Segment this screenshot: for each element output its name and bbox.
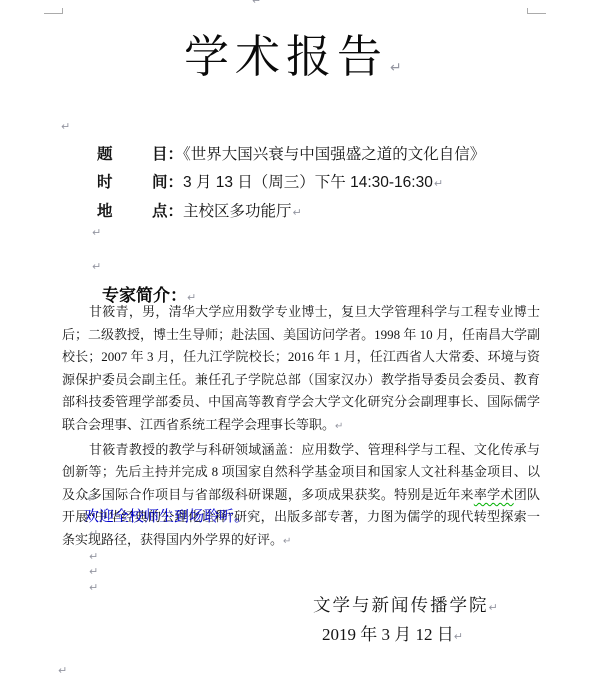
info-value-topic: 《世界大国兴衰与中国强盛之道的文化自信》 [183,146,485,163]
paragraph-mark-icon: ↵ [434,177,443,190]
paragraph-mark-icon: ↵ [89,527,98,540]
paragraph-mark-icon: ↵ [89,565,98,578]
signoff-date-text: 2019 年 3 月 12 日 [322,625,454,644]
document-title: 学术报告↵ [184,30,402,84]
paragraph-mark-icon: ↵ [87,492,96,505]
paragraph-mark-icon: ↵ [92,260,101,273]
paragraph-mark-icon: ↵ [92,226,101,239]
info-label: 时 [97,169,152,197]
info-label: 地 [97,198,152,226]
paragraph-mark-icon: ↵ [89,581,98,594]
paragraph-mark-icon: ↵ [293,206,302,219]
bio-paragraph-2: 甘筱青教授的教学与科研领域涵盖：应用数学、管理科学与工程、文化传承与创新等；先后… [62,439,540,554]
info-label: 目： [152,146,183,163]
info-row-time: 时间：3 月 13 日（周三）下午 14:30-16:30↵ [97,169,485,197]
signoff-department-text: 文学与新闻传播学院 [313,595,489,615]
grammar-checked-phrase: 率学术 [474,487,514,502]
signoff-date: 2019 年 3 月 12 日↵ [322,620,463,645]
word-document-page: ↵ 学术报告↵ ↵ 题目：《世界大国兴衰与中国强盛之道的文化自信》 时间：3 月… [0,0,598,676]
paragraph-mark-icon: ↵ [252,0,261,7]
paragraph-mark-icon: ↵ [283,536,291,547]
welcome-line-text: 欢迎全校师生到场聆听。 [84,508,249,525]
info-label: 点： [152,203,183,220]
info-row-topic: 题目：《世界大国兴衰与中国强盛之道的文化自信》 [97,141,485,169]
bio-paragraph-1-text: 甘筱青，男，清华大学应用数学专业博士，复旦大学管理科学与工程专业博士后；二级教授… [62,304,540,432]
paragraph-mark-icon: ↵ [335,421,343,432]
paragraph-mark-icon: ↵ [489,601,498,614]
paragraph-mark-icon: ↵ [58,664,67,676]
welcome-line: 欢迎全校师生到场聆听。↵ [84,505,258,526]
paragraph-mark-icon: ↵ [390,60,402,76]
info-label: 间： [152,174,183,191]
info-value-time: 3 月 13 日（周三）下午 14:30-16:30 [183,174,433,191]
paragraph-mark-icon: ↵ [454,630,463,643]
bio-paragraph-2-text-before: 甘筱青教授的教学与科研领域涵盖：应用数学、管理科学与工程、文化传承与创新等；先后… [62,442,540,502]
info-value-location: 主校区多功能厅 [183,203,292,220]
paragraph-mark-icon: ↵ [249,511,258,524]
signoff-department: 文学与新闻传播学院↵ [313,592,498,617]
event-info-block: 题目：《世界大国兴衰与中国强盛之道的文化自信》 时间：3 月 13 日（周三）下… [97,141,485,226]
bio-paragraph-1: 甘筱青，男，清华大学应用数学专业博士，复旦大学管理科学与工程专业博士后；二级教授… [62,301,540,439]
document-title-text: 学术报告 [184,31,388,82]
page-margin-crop-mark-top-right [527,8,546,14]
paragraph-mark-icon: ↵ [89,550,98,563]
info-label: 题 [97,141,152,169]
info-row-location: 地点：主校区多功能厅↵ [97,198,485,226]
paragraph-mark-icon: ↵ [61,120,70,133]
page-margin-crop-mark-top-left [44,8,63,14]
